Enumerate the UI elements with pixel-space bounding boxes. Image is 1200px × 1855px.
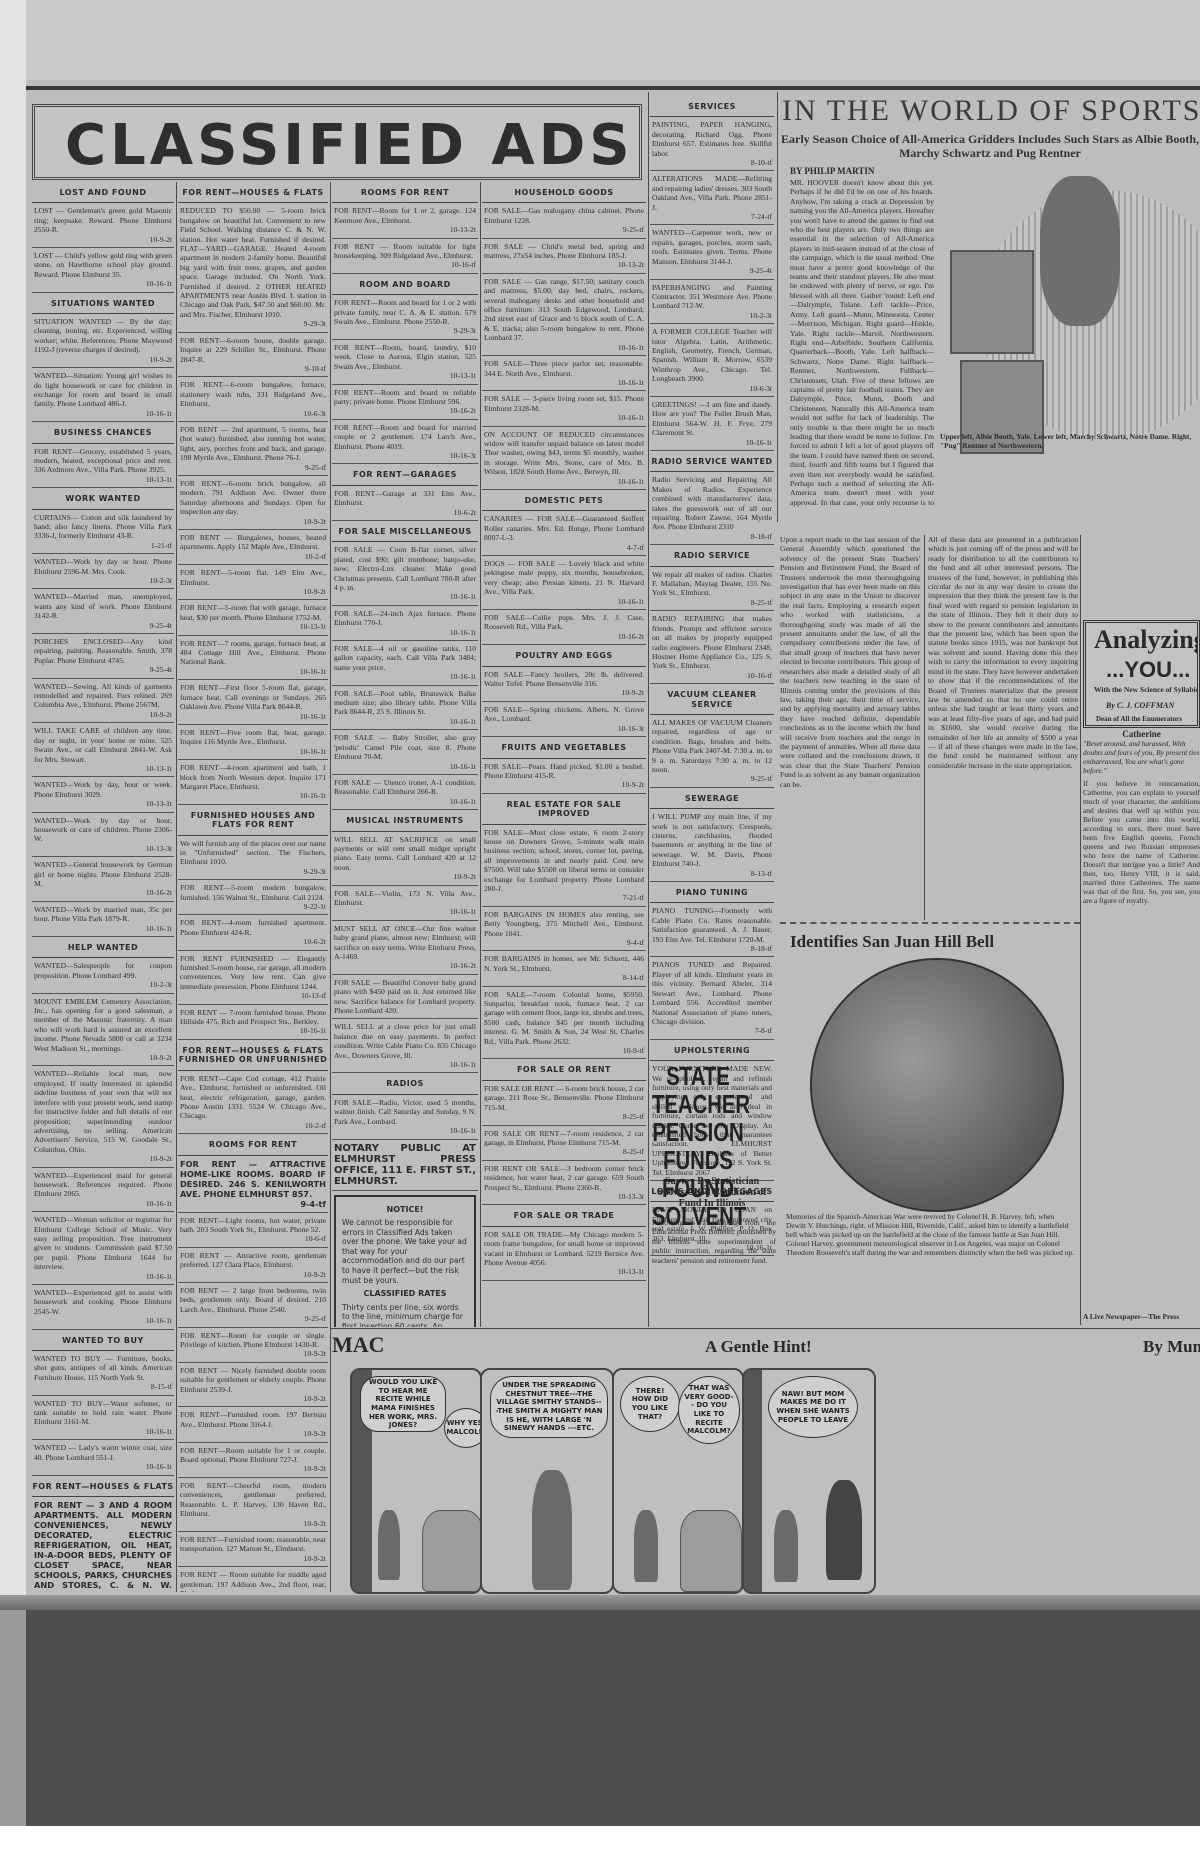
analyzing-author: By C. J. COFFMAN (1106, 701, 1174, 710)
ad-date-code: 9-25-tf (484, 225, 644, 234)
classified-ad: WILL SELL at a close price for just smal… (332, 1019, 478, 1073)
ad-text: WANTED—Woman solicitor or registrar for … (34, 1215, 172, 1271)
malcolm-reciting (532, 1470, 572, 1590)
ad-text: WANTED—Reliable local man, now employed.… (34, 1069, 172, 1153)
ad-text: Radio Servicing and Repairing All Makes … (652, 475, 772, 531)
classified-ad: We repair all makes of radios. Charles F… (650, 567, 774, 612)
ad-date-code: 10-16-1t (334, 592, 476, 601)
ad-date-code: 8-25-tf (652, 598, 772, 607)
classified-ad: FOR SALE—7-room Colonial home, $5950. Su… (482, 987, 646, 1060)
comic-panel-1: WOULD YOU LIKE TO HEAR ME RECITE WHILE M… (350, 1368, 482, 1594)
catherine-heading: Catherine (1083, 730, 1200, 739)
ad-text: FOR RENT—Furnished room; reasonable, nea… (180, 1535, 326, 1553)
ad-text: FOR RENT—Cheerful room, modern convenien… (180, 1481, 326, 1518)
ad-date-code: 10-16-tf (334, 260, 476, 269)
ad-text: FOR RENT—6-room brick bungalow, all mode… (180, 479, 326, 516)
speech-bubble: THERE! HOW DID YOU LIKE THAT? (620, 1376, 680, 1432)
classified-ad: WANTED—Reliable local man, now employed.… (32, 1066, 174, 1167)
classified-column-2: FOR RENT—HOUSES & FLATSREDUCED TO $50.00… (178, 182, 328, 1592)
ad-date-code: 10-16-2t (334, 406, 476, 415)
classified-ad: FOR SALE—Pool table, Brunswick Balke med… (332, 686, 478, 731)
ad-date-code: 10-9-2t (484, 688, 644, 697)
classified-ad: ALL MAKES OF VACUUM Cleaners repaired, r… (650, 715, 774, 788)
ad-text: LOST — Child's yellow gold ring with gre… (34, 251, 172, 279)
ad-text: FOR RENT—Room for couple or single. Priv… (180, 1331, 326, 1349)
classified-ad: DOGS — FOR SALE — Lovely black and white… (482, 556, 646, 610)
bell-photo (810, 958, 1064, 1212)
classified-ad: ALTERATIONS MADE—Refitting and repairing… (650, 171, 774, 225)
ad-date-code: 10-13-3t (484, 1192, 644, 1201)
classified-ad: FOR SALE—Violin, 173 N. Villa Ave., Elmh… (332, 886, 478, 921)
ad-date-code: 10-9-2t (34, 355, 172, 364)
ad-text: WANTED—Experienced girl to assist with h… (34, 1288, 172, 1316)
classified-ad: FOR SALE — Child's metal bed, spring and… (482, 239, 646, 274)
ad-date-code: 10-9-2t (34, 710, 172, 719)
notary-ad: NOTARY PUBLIC AT ELMHURST PRESS OFFICE, … (332, 1140, 478, 1191)
classified-ad: WANTED—Work by day, hour or week. Phone … (32, 777, 174, 812)
analyzing-you: ...YOU... (1106, 657, 1190, 683)
ad-text: FOR SALE—Spring chickens. Albers, N. Gro… (484, 705, 644, 723)
ad-text: We will furnish any of the places over o… (180, 839, 326, 867)
ad-text: FOR SALE OR RENT—7-room residence, 2 car… (484, 1129, 644, 1147)
ad-text: FOR RENT OR SALE—3 bedroom corner brick … (484, 1164, 644, 1192)
classified-ad: PIANO TUNING—Formerly with Cable Piano C… (650, 903, 774, 957)
classified-ad: FOR SALE—Fancy broilers, 20c lb. deliver… (482, 667, 646, 702)
ad-date-code: 8-25-tf (484, 1147, 644, 1156)
speech-bubble: UNDER THE SPREADING CHESTNUT TREE---THE … (490, 1376, 608, 1438)
ad-text: RADIO REPAIRING that makes friends. Prom… (652, 614, 772, 670)
column-divider (480, 182, 481, 1327)
ad-date-code: 10-16-1t (34, 1462, 172, 1471)
ad-date-code: 10-16-1t (334, 628, 476, 637)
classified-ad: FOR RENT—5-room flat. 149 Elm Ave., Elmh… (178, 565, 328, 600)
ad-date-code: 10-13-1t (34, 799, 172, 808)
analyzing-title: Analyzing (1094, 625, 1200, 655)
classified-ad: FOR BARGAINS in homes, see Mr. Schuetz, … (482, 951, 646, 986)
ad-date-code: 8-25-tf (484, 1112, 644, 1121)
ad-text: LOST — Gentleman's green gold Masonic ri… (34, 206, 172, 234)
ad-text: FOR SALE — Coon B-flat cornet, silver pl… (334, 545, 476, 592)
classified-ad: FOR SALE — Beautiful Conover baby grand … (332, 975, 478, 1020)
ad-text: FOR RENT—5-room flat with garage, furnac… (180, 603, 326, 621)
ad-date-code: 10-9-2t (180, 1394, 326, 1403)
ad-date-code: 8-13-tf (652, 869, 772, 878)
ad-text: FOR SALE — Utenco ironer, A-1 condition.… (334, 778, 476, 796)
classified-ad: FOR SALE—Pears. Hand picked, $1.00 a bus… (482, 759, 646, 794)
ad-date-code: 10-9-2t (334, 872, 476, 881)
ad-date-code: 10-13-tf (180, 991, 326, 1000)
ad-date-code: 9-25-tf (180, 1314, 326, 1323)
section-heading: FOR RENT—GARAGES (332, 464, 478, 485)
ad-date-code: 10-16-1t (34, 924, 172, 933)
sports-subtitle: Early Season Choice of All-America Gridd… (780, 132, 1200, 160)
classified-ad: CANARIES — FOR SALE—Guaranteed Seiffert … (482, 511, 646, 556)
ad-date-code: 10-6-2t (334, 508, 476, 517)
ad-text: CURTAINS— Cotton and silk laundered by h… (34, 513, 172, 541)
ad-date-code: 4-7-tf (484, 543, 644, 552)
ad-date-code: 10-16-1t (180, 791, 326, 800)
ad-date-code: 10-13-2t (334, 225, 476, 234)
ad-date-code: 10-6-tf (180, 1234, 326, 1243)
classified-ad: LOST — Gentleman's green gold Masonic ri… (32, 203, 174, 248)
section-heading: ROOM AND BOARD (332, 274, 478, 295)
ad-text: FOR RENT—4-room apartment and bath, 1 bl… (180, 763, 326, 791)
ad-text: FOR SALE—Radio, Victor, used 5 months, w… (334, 1098, 476, 1126)
ad-text: FOR SALE — Gas range, $17.50; sanitary c… (484, 277, 644, 342)
classified-ad: REDUCED TO $50.00 — 5-room brick bungalo… (178, 203, 328, 332)
ad-date-code: 10-9-2t (34, 235, 172, 244)
ad-text: I WILL PUMP any main line, if my work is… (652, 812, 772, 868)
ad-text: FOR SALE—4 oil or gasoline tanks, 110 ga… (334, 644, 476, 672)
ad-date-code: 10-9-2t (180, 1554, 326, 1563)
section-heading: HELP WANTED (32, 937, 174, 958)
scan-left-tab (0, 1610, 26, 1855)
pension-body-1: Upon a report made to the last session o… (780, 535, 920, 920)
ad-date-code: 10-9-2t (484, 780, 644, 789)
bell-caption: Memories of the Spanish-American War wer… (786, 1212, 1076, 1257)
classified-ad: FOR RENT—Furnished room; reasonable, nea… (178, 1532, 328, 1567)
ad-date-code: 10-13-1t (484, 1267, 644, 1276)
ad-date-code: 10-16-1t (334, 1126, 476, 1135)
classified-ad: WANTED — Lady's warm winter coat, size 4… (32, 1440, 174, 1475)
speech-bubble: WOULD YOU LIKE TO HEAR ME RECITE WHILE M… (360, 1376, 446, 1432)
classified-ad: PORCHES ENCLOSED—Any kind repairing, pai… (32, 634, 174, 679)
classified-ad: WANTED TO BUY—Water softener, or tank su… (32, 1396, 174, 1441)
column-divider (924, 535, 925, 920)
ad-date-code: 9-22-1t (180, 902, 326, 911)
classified-ad: GREETINGS! —I am fine and dandy. How are… (650, 397, 774, 451)
classified-ad: FOR SALE OR TRADE—My Chicago modern 5-ro… (482, 1227, 646, 1281)
top-rule (26, 86, 1200, 90)
classified-ad: FOR RENT — ATTRACTIVE HOME-LIKE ROOMS. B… (178, 1156, 328, 1213)
ad-date-code: 10-16-1t (180, 747, 326, 756)
classified-ad: FOR RENT — 2 large front bedrooms, twin … (178, 1283, 328, 1328)
ad-text: WANTED—Work by day or hour, housework or… (34, 816, 172, 844)
classified-ad: PAPERHANGING and Painting Contractor. 35… (650, 280, 774, 325)
section-heading: BUSINESS CHANCES (32, 422, 174, 443)
ad-date-code: 10-9-2t (180, 1270, 326, 1279)
ad-date-code: 10-2-3t (652, 311, 772, 320)
classified-ad: FOR RENT — Nicely furnished double room … (178, 1363, 328, 1408)
classified-ad: PIANOS TUNED and Repaired. Player of all… (650, 957, 774, 1039)
ad-date-code: 10-16-2t (334, 961, 476, 970)
section-heading: WORK WANTED (32, 488, 174, 509)
sports-section: IN THE WORLD OF SPORTS Early Season Choi… (780, 92, 1200, 532)
ad-date-code: 9-4-tf (484, 938, 644, 947)
scan-dark-margin (0, 1610, 1200, 1855)
classified-ad: FOR SALE—24-inch Ajax furnace. Phone Elm… (332, 606, 478, 641)
ad-date-code: 10-9-2t (180, 517, 326, 526)
ad-text: WANTED—Work by day, hour or week. Phone … (34, 780, 172, 798)
press-footer: A Live Newspaper—The Press (1083, 1312, 1179, 1321)
classified-ad: LOST — Child's yellow gold ring with gre… (32, 248, 174, 293)
ad-date-code: 10-13-2t (484, 260, 644, 269)
ad-date-code: 10-16-1t (34, 1427, 172, 1436)
classified-ad: FOR SALE—4 oil or gasoline tanks, 110 ga… (332, 641, 478, 686)
classified-ad: WANTED—Salespeople for coupon propositio… (32, 958, 174, 993)
section-heading: UPHOLSTERING (650, 1040, 774, 1061)
section-heading: FOR RENT—HOUSES & FLATS (178, 182, 328, 203)
ad-date-code: 10-16-1t (334, 1060, 476, 1069)
ad-text: CANARIES — FOR SALE—Guaranteed Seiffert … (484, 514, 644, 542)
classified-ad: FOR SALE — Coon B-flat cornet, silver pl… (332, 542, 478, 605)
column-divider (1080, 535, 1081, 1325)
ad-text: WANTED—Experienced maid for general hous… (34, 1171, 172, 1199)
ad-text: WANTED—Sewing. All kinds of garments rem… (34, 682, 172, 710)
ad-date-code: 10-16-3t (334, 451, 476, 460)
ad-text: FOR RENT—5-room modern bungalow, furnish… (180, 883, 326, 901)
classified-ad: FOR RENT—Room and board for married coup… (332, 420, 478, 465)
scan-bottom-edge (0, 1826, 1200, 1855)
classified-ad: FOR SALE—Collie pups. Mrs. J. J. Case, R… (482, 610, 646, 645)
ad-date-code: 9-25-4t (34, 665, 172, 674)
ad-text: FOR SALE OR TRADE—My Chicago modern 5-ro… (484, 1230, 644, 1267)
section-heading: VACUUM CLEANER SERVICE (650, 684, 774, 715)
classified-ad: FOR SALE—Must close estate, 6 room 2-sto… (482, 825, 646, 907)
ad-text: WANTED—Carpenter work, new or repairs, g… (652, 228, 772, 265)
classified-ad: FOR RENT — Room suitable for light house… (332, 239, 478, 274)
ad-date-code: 9-25-tf (180, 463, 326, 472)
notice-box: NOTICE! We cannot be responsible for err… (334, 1195, 476, 1328)
sports-title: IN THE WORLD OF SPORTS (782, 94, 1200, 128)
ad-date-code: 10-16-1t (334, 797, 476, 806)
column-divider (777, 92, 778, 522)
masthead-title: CLASSIFIED ADS (65, 113, 634, 178)
classified-ad: FOR SALE — Baby Stroller, also gray 'pei… (332, 730, 478, 775)
classified-ad: Radio Servicing and Repairing All Makes … (650, 472, 774, 545)
malcolm-figure (378, 1510, 400, 1580)
ad-text: MUST SELL AT ONCE—Our fine walnut baby g… (334, 924, 476, 961)
ad-text: FOR RENT—Light rooms, hot water, private… (180, 1216, 326, 1234)
ad-text: PORCHES ENCLOSED—Any kind repairing, pai… (34, 637, 172, 665)
classified-column-3: ROOMS FOR RENTFOR RENT—Room for 1 or 2, … (332, 182, 478, 1327)
classified-ad: FOR SALE—Gas mahogany china cabinet. Pho… (482, 203, 646, 238)
classified-ad: FOR SALE — Utenco ironer, A-1 condition.… (332, 775, 478, 810)
ad-text: FOR SALE OR RENT — 6-room brick house, 2… (484, 1084, 644, 1112)
ad-date-code: 10-16-1t (334, 907, 476, 916)
ad-date-code: 10-9-2t (180, 587, 326, 596)
ad-text: FOR RENT—Room for 1 or 2, garage. 124 Ke… (334, 206, 476, 224)
classified-ad: FOR SALE — 3-piece living room set, $15.… (482, 391, 646, 426)
classified-column-1: LOST AND FOUNDLOST — Gentleman's green g… (32, 182, 174, 1592)
classified-ad: FOR RENT—Cape Cod cottage, 412 Prairie A… (178, 1071, 328, 1134)
ad-text: FOR SALE—Pool table, Brunswick Balke med… (334, 689, 476, 717)
photo-caption: Upper left, Albie Booth, Yale. Lower lef… (940, 432, 1200, 450)
bell-title: Identifies San Juan Hill Bell (790, 932, 994, 952)
ad-text: FOR SALE — Baby Stroller, also gray 'pei… (334, 733, 476, 761)
column-divider (176, 182, 177, 1592)
section-heading: ROOMS FOR RENT (332, 182, 478, 203)
section-heading: FOR SALE OR RENT (482, 1059, 646, 1080)
mrs-jones-figure (826, 1480, 862, 1580)
section-heading: FOR SALE MISCELLANEOUS (332, 521, 478, 542)
ad-text: FOR RENT — Room suitable for middle aged… (180, 1570, 326, 1592)
comic-top-rule (330, 1328, 1200, 1329)
ad-date-code: 9-29-3t (180, 319, 326, 328)
ad-date-code: 8-10-tf (652, 158, 772, 167)
ad-text: FOR RENT — 2 large front bedrooms, twin … (180, 1286, 326, 1314)
ad-text: ALL MAKES OF VACUUM Cleaners repaired, r… (652, 718, 772, 774)
ad-date-code: 10-16-1t (484, 413, 644, 422)
section-heading: HOUSEHOLD GOODS (482, 182, 646, 203)
ad-text: FOR SALE—Collie pups. Mrs. J. J. Case, R… (484, 613, 644, 631)
classified-ad: FOR RENT—Room, board, laundry, $10 week.… (332, 340, 478, 385)
ad-date-code: 10-16-1t (180, 712, 326, 721)
classified-ad: FOR RENT—6-room bungalow, furnace, stati… (178, 377, 328, 422)
classified-ad: FOR RENT — Attractive room, gentleman pr… (178, 1248, 328, 1283)
section-heading: SITUATIONS WANTED (32, 293, 174, 314)
ad-text: MOUNT EMBLEM Cemetery Association, Inc.,… (34, 997, 172, 1053)
ad-text: FOR SALE—Violin, 173 N. Villa Ave., Elmh… (334, 889, 476, 907)
ad-text: SITUATION WANTED — By the day; cleaning,… (34, 317, 172, 354)
ad-date-code: 10-6-3t (652, 384, 772, 393)
ad-date-code: 10-9-2t (180, 1429, 326, 1438)
section-heading: DOMESTIC PETS (482, 490, 646, 511)
ad-text: FOR RENT—Room and board for married coup… (334, 423, 476, 451)
ad-date-code: 9-18-tf (180, 364, 326, 373)
classified-ad: WILL TAKE CARE of children any time, day… (32, 723, 174, 777)
classified-ad: WANTED—Work by day or hour. Phone Elmhur… (32, 554, 174, 589)
column-divider (330, 182, 331, 1592)
ad-text: WANTED—Salespeople for coupon propositio… (34, 961, 172, 979)
speech-bubble: NAW! BUT MOM MAKES ME DO IT WHEN SHE WAN… (768, 1376, 858, 1438)
classified-ad: A FORMER COLLEGE Teacher will tutor Alge… (650, 324, 774, 397)
ad-text: FOR BARGAINS IN HOMES also renting, see … (484, 910, 644, 938)
ad-date-code: 10-16-1t (484, 597, 644, 606)
section-heading: PIANO TUNING (650, 882, 774, 903)
classified-ad: FOR RENT — Room suitable for middle aged… (178, 1567, 328, 1592)
classified-ad: FOR RENT—Five room flat, heat, garage. I… (178, 725, 328, 760)
ad-text: FOR RENT — 2nd apartment, 5 rooms, heat … (180, 425, 326, 462)
classified-ad: FOR RENT—Room for 1 or 2, garage. 124 Ke… (332, 203, 478, 238)
ad-text: PIANO TUNING—Formerly with Cable Piano C… (652, 906, 772, 943)
section-heading: RADIO SERVICE WANTED (650, 451, 774, 472)
ad-date-code: 10-13-1t (34, 764, 172, 773)
classified-ad: FOR SALE—Three piece parlor set, reasona… (482, 356, 646, 391)
ad-date-code: 9-25-tf (652, 774, 772, 783)
classified-ad: WANTED—Situation: Young girl wishes to d… (32, 368, 174, 422)
classified-ad: FOR RENT—6-room brick bungalow, all mode… (178, 476, 328, 530)
comic-title: A Gentle Hint! (705, 1337, 812, 1357)
classified-ad: FOR SALE OR RENT — 6-room brick house, 2… (482, 1081, 646, 1126)
ad-text: FOR SALE—Gas mahogany china cabinet. Pho… (484, 206, 644, 224)
section-heading: FRUITS AND VEGETABLES (482, 737, 646, 758)
ad-date-code: 10-2-3t (34, 576, 172, 585)
rentner-photo (1040, 176, 1120, 326)
classified-ad: SITUATION WANTED — By the day; cleaning,… (32, 314, 174, 368)
ad-date-code: 9-29-3t (334, 326, 476, 335)
ad-text: WANTED—General housework by German girl … (34, 860, 172, 888)
ad-date-code: 8-14-tf (484, 973, 644, 982)
sports-article: MR. HOOVER doesn't know about this yet. … (790, 178, 934, 508)
section-heading: POULTRY AND EGGS (482, 645, 646, 666)
ad-text: WILL TAKE CARE of children any time, day… (34, 726, 172, 763)
rates-body: Thirty cents per line, six words to the … (342, 1303, 468, 1327)
ad-date-code: 10-16-1t (334, 717, 476, 726)
speech-bubble: THAT WAS VERY GOOD-- DO YOU LIKE TO RECI… (678, 1376, 740, 1444)
ad-text: FOR SALE—7-room Colonial home, $5950. Su… (484, 990, 644, 1046)
section-heading: FURNISHED HOUSES AND FLATS FOR RENT (178, 805, 328, 836)
ad-date-code: 10-2-3t (34, 980, 172, 989)
classified-ad: FOR RENT — 2nd apartment, 5 rooms, heat … (178, 422, 328, 476)
ad-date-code: 7-21-tf (484, 893, 644, 902)
section-heading: FOR RENT—HOUSES & FLATS FURNISHED OR UNF… (178, 1040, 328, 1071)
catherine-body: If you believe in reincarnation, Catheri… (1083, 779, 1200, 1299)
ad-text: PAPERHANGING and Painting Contractor. 35… (652, 283, 772, 311)
ad-text: FOR RENT—Room and board for 1 or 2 with … (334, 298, 476, 326)
ad-text: FOR SALE — Beautiful Conover baby grand … (334, 978, 476, 1015)
classified-ad: WANTED—Married man, unemployed, wants an… (32, 589, 174, 634)
comic-strip-name: MAC (332, 1332, 385, 1358)
ad-date-code: 1-21-tf (34, 541, 172, 550)
classified-ad: WANTED—Carpenter work, new or repairs, g… (650, 225, 774, 279)
ad-text: FOR RENT—Room suitable for 1 or couple. … (180, 1446, 326, 1464)
classified-ad: FOR SALE — Gas range, $17.50; sanitary c… (482, 274, 646, 356)
ad-text: FOR RENT — Nicely furnished double room … (180, 1366, 326, 1394)
sports-byline: BY PHILIP MARTIN (790, 166, 874, 176)
classified-column-4: HOUSEHOLD GOODSFOR SALE—Gas mahogany chi… (482, 182, 646, 1327)
ad-text: ON ACCOUNT OF REDUCED circumstances wido… (484, 430, 644, 477)
newspaper-page: CLASSIFIED ADS LOST AND FOUNDLOST — Gent… (0, 0, 1200, 1855)
ad-date-code: 9-29-3t (180, 867, 326, 876)
doorway-shading (744, 1370, 762, 1592)
classified-ad: FOR SALE OR RENT—7-room residence, 2 car… (482, 1126, 646, 1161)
classified-ad: FOR RENT—Cheerful room, modern convenien… (178, 1478, 328, 1532)
ad-text: FOR RENT — Attractive room, gentleman pr… (180, 1251, 326, 1269)
ad-date-code: 10-13-1t (34, 475, 172, 484)
ad-text: FOR SALE — Child's metal bed, spring and… (484, 242, 644, 260)
ad-date-code: 10-16-1t (334, 672, 476, 681)
ad-text: FOR RENT—First floor 5-room flat, garage… (180, 683, 326, 711)
classified-ad: FOR RENT—4-room apartment and bath, 1 bl… (178, 760, 328, 805)
ad-date-code: 10-16-1t (484, 343, 644, 352)
ad-text: FOR RENT — ATTRACTIVE HOME-LIKE ROOMS. B… (180, 1159, 326, 1199)
ad-text: GREETINGS! —I am fine and dandy. How are… (652, 400, 772, 437)
armchair (680, 1510, 742, 1592)
ad-text: REDUCED TO $50.00 — 5-room brick bungalo… (180, 206, 326, 318)
analyzing-tagline: With the New Science of Syllabics (1094, 685, 1200, 694)
comic-panel-2: UNDER THE SPREADING CHESTNUT TREE---THE … (480, 1368, 614, 1594)
ad-text: FOR RENT—Room and board to reliable part… (334, 388, 476, 406)
ad-text: A FORMER COLLEGE Teacher will tutor Alge… (652, 327, 772, 383)
ad-text: WILL SELL AT SACRIFICE on small payments… (334, 835, 476, 872)
classified-ad: PAINTING, PAPER HANGING, decorating. Ric… (650, 117, 774, 171)
ad-text: FOR RENT—Room, board, laundry, $10 week.… (334, 343, 476, 371)
classified-ad: FOR RENT—6-room house, double garage. In… (178, 333, 328, 378)
classified-ad: FOR RENT—Garage at 331 Elm Ave., Elmhurs… (332, 486, 478, 521)
ad-date-code: 10-2-tf (180, 1121, 326, 1130)
classified-ad: WANTED—Experienced girl to assist with h… (32, 1285, 174, 1330)
ad-text: FOR RENT — Bungalows, houses, heated apa… (180, 533, 326, 551)
ad-date-code: 8-18-tf (652, 944, 772, 953)
ad-text: FOR RENT — Room suitable for light house… (334, 242, 476, 260)
ad-date-code: 10-16-tf (652, 671, 772, 680)
ad-date-code: 10-16-1t (34, 1272, 172, 1281)
ad-text: WANTED TO BUY — Furniture, books, shot g… (34, 1354, 172, 1382)
classified-ad: FOR SALE—Spring chickens. Albers, N. Gro… (482, 702, 646, 737)
ad-date-code: 10-16-1t (652, 438, 772, 447)
ad-text: FOR RENT—5-room flat. 149 Elm Ave., Elmh… (180, 568, 326, 586)
ad-date-code: 9-25-4t (652, 266, 772, 275)
section-heading: SEWERAGE (650, 788, 774, 809)
rates-heading: CLASSIFIED RATES (342, 1289, 468, 1299)
comic-panel-4: NAW! BUT MOM MAKES ME DO IT WHEN SHE WAN… (742, 1368, 876, 1594)
ad-text: FOR RENT—Cape Cod cottage, 412 Prairie A… (180, 1074, 326, 1121)
malcolm-figure (774, 1510, 798, 1582)
ad-text: FOR RENT—6-room bungalow, furnace, stati… (180, 380, 326, 408)
classified-ad: FOR RENT — 3 AND 4 ROOM APARTMENTS. ALL … (32, 1497, 174, 1592)
ad-text: WANTED—Work by day or hour. Phone Elmhur… (34, 557, 172, 575)
